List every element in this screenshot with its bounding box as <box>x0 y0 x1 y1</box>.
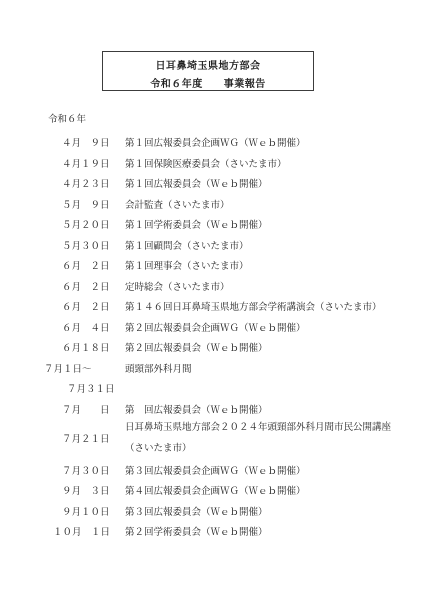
event-title: 第２回広報委員会企画ＷＧ（Ｗｅｂ開催） <box>125 320 306 334</box>
event-date: ９月１０日 <box>62 504 110 518</box>
schedule-row: ７月３０日 第３回広報委員会企画ＷＧ（Ｗｅｂ開催） <box>0 463 424 477</box>
event-title: 第２回学術委員会（Ｗｅｂ開催） <box>125 524 268 538</box>
event-date: ５月３０日 <box>62 238 110 252</box>
event-date: ６月 ２日 <box>62 299 110 313</box>
event-date: ５月 ９日 <box>62 197 110 211</box>
event-title: 第２回広報委員会（Ｗｅｂ開催） <box>125 340 268 354</box>
schedule-row: ６月 ４日 第２回広報委員会企画ＷＧ（Ｗｅｂ開催） <box>0 320 424 334</box>
event-title: 第１回理事会（さいたま市） <box>125 258 249 272</box>
schedule-row: ４月２３日 第１回広報委員会（Ｗｅｂ開催） <box>0 176 424 190</box>
schedule-row: ６月 ２日 定時総会（さいたま市） <box>0 279 424 293</box>
event-title: 第１回学術委員会（Ｗｅｂ開催） <box>125 217 268 231</box>
report-title-box: 日耳鼻埼玉県地方部会 令和６年度 事業報告 <box>102 51 314 91</box>
event-title: 第３回広報委員会企画ＷＧ（Ｗｅｂ開催） <box>125 463 306 477</box>
schedule-row: ６月 ２日 第１回理事会（さいたま市） <box>0 258 424 272</box>
event-date: ７月３０日 <box>62 463 110 477</box>
organization-title: 日耳鼻埼玉県地方部会 <box>103 57 313 72</box>
schedule-row: １０月 １日 第２回学術委員会（Ｗｅｂ開催） <box>0 524 424 538</box>
event-title: 第 回広報委員会（Ｗｅｂ開催） <box>125 402 268 416</box>
schedule-row: ９月１０日 第３回広報委員会（Ｗｅｂ開催） <box>0 504 424 518</box>
event-title: 第４回広報委員会企画ＷＧ（Ｗｅｂ開催） <box>125 483 306 497</box>
schedule-row: ７月２１日 日耳鼻埼玉県地方部会２０２４年頭頸部外科月間市民公開講座 （さいたま… <box>0 417 424 459</box>
event-date: １０月 １日 <box>53 524 110 538</box>
schedule-row: ９月 ３日 第４回広報委員会企画ＷＧ（Ｗｅｂ開催） <box>0 483 424 497</box>
event-title-line1: 日耳鼻埼玉県地方部会２０２４年頭頸部外科月間市民公開講座 <box>125 417 391 438</box>
schedule-row: ７月３１日 <box>0 381 424 395</box>
event-title: 第１回顧問会（さいたま市） <box>125 238 249 252</box>
schedule-row: ６月 ２日 第１４６回日耳鼻埼玉県地方部会学術講演会（さいたま市） <box>0 299 424 313</box>
event-date: ６月 ２日 <box>62 258 110 272</box>
event-title-multiline: 日耳鼻埼玉県地方部会２０２４年頭頸部外科月間市民公開講座 （さいたま市） <box>125 417 391 459</box>
event-date: ９月 ３日 <box>62 483 110 497</box>
event-date: ６月 ２日 <box>62 279 110 293</box>
schedule-row: ６月１８日 第２回広報委員会（Ｗｅｂ開催） <box>0 340 424 354</box>
event-date: ４月１９日 <box>62 156 110 170</box>
event-title: 頭頸部外科月間 <box>125 361 192 375</box>
event-date-range-end: ７月３１日 <box>67 381 115 395</box>
event-title: 定時総会（さいたま市） <box>125 279 230 293</box>
event-date: ５月２０日 <box>62 217 110 231</box>
event-title: 第１回保険医療委員会（さいたま市） <box>125 156 287 170</box>
schedule-row: ４月 ９日 第１回広報委員会企画ＷＧ（Ｗｅｂ開催） <box>0 135 424 149</box>
schedule-row: ４月１９日 第１回保険医療委員会（さいたま市） <box>0 156 424 170</box>
event-title-line2: （さいたま市） <box>125 438 391 459</box>
event-date: ７月 日 <box>62 402 110 416</box>
event-title: 第１回広報委員会企画ＷＧ（Ｗｅｂ開催） <box>125 135 306 149</box>
report-page: 日耳鼻埼玉県地方部会 令和６年度 事業報告 令和６年 ４月 ９日 第１回広報委員… <box>0 0 424 600</box>
event-title: 第１回広報委員会（Ｗｅｂ開催） <box>125 176 268 190</box>
schedule-row: ５月 ９日 会計監査（さいたま市） <box>0 197 424 211</box>
schedule-row: ７月１日～ 頭頸部外科月間 <box>0 361 424 375</box>
schedule-row: ７月 日 第 回広報委員会（Ｗｅｂ開催） <box>0 402 424 416</box>
fiscal-year-label: 令和６年 <box>48 111 86 125</box>
event-date: ７月２１日 <box>62 431 110 445</box>
schedule-row: ５月２０日 第１回学術委員会（Ｗｅｂ開催） <box>0 217 424 231</box>
event-date-range-start: ７月１日～ <box>44 361 92 375</box>
event-title: 第３回広報委員会（Ｗｅｂ開催） <box>125 504 268 518</box>
report-subtitle: 令和６年度 事業報告 <box>103 75 313 90</box>
event-date: ４月 ９日 <box>62 135 110 149</box>
schedule-row: ５月３０日 第１回顧問会（さいたま市） <box>0 238 424 252</box>
event-title: 会計監査（さいたま市） <box>125 197 230 211</box>
event-title: 第１４６回日耳鼻埼玉県地方部会学術講演会（さいたま市） <box>125 299 382 313</box>
event-date: ４月２３日 <box>62 176 110 190</box>
event-date: ６月 ４日 <box>62 320 110 334</box>
event-date: ６月１８日 <box>62 340 110 354</box>
